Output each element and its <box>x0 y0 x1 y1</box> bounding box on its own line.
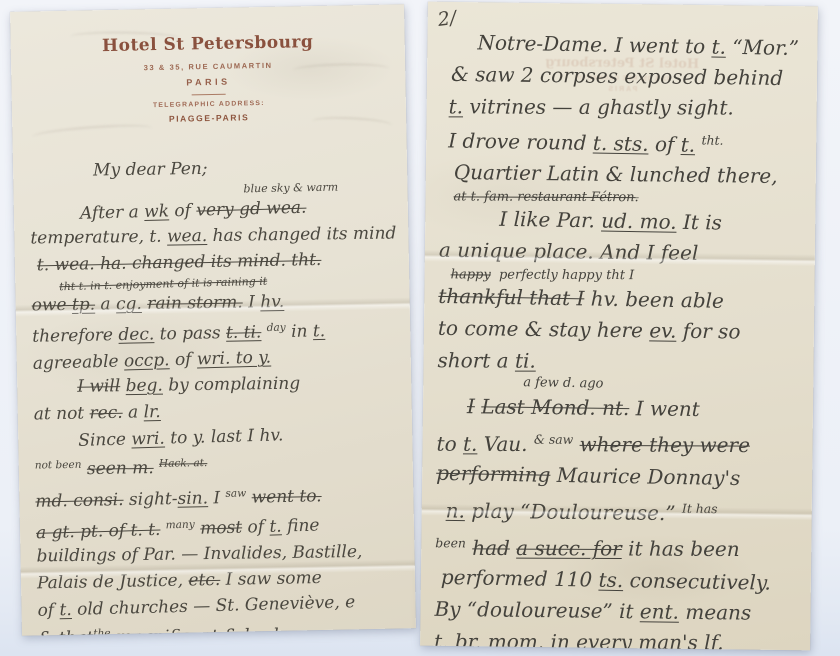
letter-page-1: Hotel St Petersbourg 33 & 35, RUE CAUMAR… <box>10 4 416 635</box>
handwriting-segment: been <box>435 536 466 551</box>
handwriting-segment: performing <box>436 461 551 487</box>
handwriting-segment: Quartier Latin & lunched there, <box>454 160 778 188</box>
handwriting-segment: therefore <box>32 325 119 347</box>
handwriting-line: By “douloureuse” it ent. means <box>434 594 806 630</box>
letterhead-divider <box>192 94 226 96</box>
handwriting-segment: a unique place. And I feel <box>439 238 699 265</box>
handwriting-segment: I will <box>77 376 120 397</box>
handwriting-line: I will beg. by complaining <box>77 370 403 401</box>
handwriting-segment: Notre-Dame. I went to <box>477 30 712 58</box>
handwriting-segment: t. <box>434 629 449 650</box>
handwriting-segment: the <box>93 628 110 636</box>
handwriting-segment: fine <box>281 515 319 536</box>
handwriting-segment: occp. <box>124 351 170 372</box>
handwriting-segment: ent. <box>640 599 679 623</box>
handwriting-segment: lf. <box>704 630 724 650</box>
handwriting-segment: ud. mo. <box>601 209 677 234</box>
handwriting-segment: hv. been able <box>584 287 724 313</box>
handwriting-segment: by complaining <box>163 374 301 396</box>
handwriting-segment: Last Mond. nt. <box>481 395 629 421</box>
handwriting-segment: It has <box>682 501 718 516</box>
handwriting-line: Notre-Dame. I went to t. “Mor.” <box>477 27 813 64</box>
handwriting-segment: t. <box>313 321 326 341</box>
handwriting-segment: many <box>166 519 195 532</box>
handwriting-segment: went to. <box>251 486 321 507</box>
handwriting-segment: agreeable <box>33 352 125 374</box>
handwriting-segment: Palais de Justice, <box>37 571 189 594</box>
handwriting-segment: saw <box>225 487 246 499</box>
letter-photo: Hotel St Petersbourg 33 & 35, RUE CAUMAR… <box>0 0 840 656</box>
handwriting-line: temperature, t. wea. has changed its min… <box>30 220 400 251</box>
handwriting-segment: tp. <box>72 295 95 315</box>
handwriting-line: t. br. mom. in every man's lf. <box>434 626 806 650</box>
handwriting-segment: of <box>37 601 59 622</box>
handwriting-segment: t. <box>269 516 282 536</box>
handwriting-segment: t. ti. <box>226 322 262 343</box>
handwriting-segment: & <box>38 629 59 636</box>
handwriting-line: I drove round t. sts. of t. tht. <box>448 120 813 163</box>
handwriting-page-1: My dear Pen;blue sky & warmAfter a wk of… <box>29 152 408 635</box>
handwriting-line: I Last Mond. nt. I went <box>467 392 809 427</box>
handwriting-segment: “Mor.” <box>726 35 799 60</box>
handwriting-segment: magnificent & barbarous <box>110 625 332 636</box>
handwriting-segment: for so <box>676 319 740 344</box>
handwriting-segment: rec. <box>89 403 123 424</box>
handwriting-segment: t. sts. <box>593 131 649 156</box>
handwriting-segment: temperature, t. <box>30 227 167 249</box>
handwriting-segment: a succ. for <box>516 536 622 560</box>
handwriting-segment: not been <box>35 459 82 472</box>
handwriting-segment: Since <box>78 430 132 451</box>
handwriting-line: owe tp. a cg. rain storm. I hv. <box>32 287 402 318</box>
handwriting-segment: t. <box>463 432 478 456</box>
handwriting-segment: buildings of Par. — Invalides, Bastille, <box>36 542 362 567</box>
handwriting-segment: n. <box>446 498 466 522</box>
handwriting-segment: wri. <box>131 429 165 450</box>
handwriting-segment: I like Par. <box>499 207 601 233</box>
handwriting-segment: wea. <box>167 226 207 247</box>
handwriting-line: a unique place. And I feel <box>439 235 811 271</box>
handwriting-segment: Vau. <box>477 432 534 456</box>
handwriting-segment: to <box>437 432 464 456</box>
letterhead-hotel-name: Hotel St Petersbourg <box>11 30 405 58</box>
handwriting-segment: in <box>286 321 314 342</box>
handwriting-segment: rain storm. <box>147 293 243 314</box>
handwriting-segment: day <box>267 322 286 334</box>
handwriting-segment: My dear Pen; <box>93 159 208 181</box>
handwriting-segment: it has been <box>622 537 740 562</box>
handwriting-segment: of <box>169 201 197 222</box>
letterhead-city: PARIS <box>11 73 405 91</box>
handwriting-segment: has changed its mind <box>207 223 396 246</box>
handwriting-segment: vitrines — a ghastly sight. <box>463 94 734 119</box>
handwriting-segment: beg. <box>126 376 164 397</box>
handwriting-segment: to pass <box>154 323 226 344</box>
handwriting-segment: & saw 2 corpses exposed behind <box>451 62 783 90</box>
handwriting-line: buildings of Par. — Invalides, Bastille, <box>36 539 406 570</box>
handwriting-segment: in every man's <box>544 629 704 650</box>
handwriting-segment: thankful that I <box>438 284 584 311</box>
handwriting-segment: Hack. at. <box>159 457 207 470</box>
handwriting-segment: of <box>169 350 197 371</box>
handwriting-segment: mom. <box>488 629 544 650</box>
handwriting-segment: Maurice Donnay's <box>550 463 740 490</box>
handwriting-segment: t. <box>681 132 696 156</box>
handwriting-line: short a ti. <box>437 346 809 379</box>
handwriting-segment: I drove round <box>448 128 593 155</box>
handwriting-segment: lr. <box>143 402 160 422</box>
handwriting-segment: had <box>472 536 510 560</box>
handwriting-segment: hv. <box>260 292 284 312</box>
handwriting-segment: ts. <box>598 567 623 591</box>
handwriting-segment: After a <box>80 202 145 224</box>
handwriting-segment: By “douloureuse” it <box>434 597 640 624</box>
handwriting-segment: ev. <box>649 319 676 343</box>
handwriting-segment: owe <box>32 295 73 316</box>
handwriting-segment: sight- <box>123 489 177 510</box>
handwriting-segment: that <box>58 628 93 635</box>
letterhead-address: 33 & 35, RUE CAUMARTIN <box>11 58 405 75</box>
handwriting-segment: where they were <box>580 433 750 458</box>
handwriting-segment: t. <box>711 34 726 58</box>
handwriting-segment: ti. <box>515 349 536 373</box>
handwriting-segment: cg. <box>116 294 142 314</box>
handwriting-segment: a few d. ago <box>523 376 603 392</box>
handwriting-segment: sin. <box>177 488 208 509</box>
handwriting-segment: seen m. <box>87 458 154 479</box>
handwriting-line: t. vitrines — a ghastly sight. <box>449 91 813 124</box>
handwriting-segment: I went <box>629 397 700 422</box>
handwriting-line: performed 110 ts. consecutively. <box>441 562 807 599</box>
handwriting-segment: br. <box>455 629 482 650</box>
handwriting-line: & saw 2 corpses exposed behind <box>451 59 813 94</box>
handwriting-segment: & saw <box>534 432 573 447</box>
handwriting-segment: performed 110 <box>441 565 599 592</box>
handwriting-segment: I <box>208 488 226 508</box>
handwriting-segment: a gt. pt. of t. t. <box>36 520 161 543</box>
handwriting-segment: tht. <box>701 132 723 147</box>
handwriting-line: n. play “Douloureuse.” It has <box>446 490 808 531</box>
handwriting-segment: I <box>243 292 261 312</box>
handwriting-segment: etc. <box>188 570 220 591</box>
handwriting-segment: of <box>242 517 270 538</box>
letterhead-telegraph-name: PIAGGE-PARIS <box>12 109 406 127</box>
handwriting-segment: old churches — St. Geneviève, e <box>71 593 355 621</box>
letterhead: Hotel St Petersbourg 33 & 35, RUE CAUMAR… <box>11 30 407 127</box>
handwriting-segment: consecutively. <box>623 568 771 595</box>
handwriting-segment: wk <box>144 201 169 222</box>
handwriting-page-2: Notre-Dame. I went to t. “Mor.”& saw 2 c… <box>434 28 814 651</box>
handwriting-segment: to come & stay here <box>438 316 650 343</box>
handwriting-segment: very gd wea. <box>196 198 307 221</box>
handwriting-segment: most <box>200 518 242 539</box>
handwriting-line: to t. Vau. & saw where they were <box>436 424 808 462</box>
handwriting-segment: a <box>95 294 116 314</box>
handwriting-segment: to y. last I hv. <box>165 426 284 449</box>
handwriting-segment: md. consi. <box>35 490 123 512</box>
handwriting-line: I like Par. ud. mo. It is <box>499 204 811 240</box>
handwriting-segment: wri. to y. <box>197 348 272 370</box>
handwriting-segment: dec. <box>118 324 154 345</box>
handwriting-segment: t. wea. ha. changed its mind. tht. <box>37 250 322 275</box>
handwriting-segment: t. <box>59 600 72 620</box>
handwriting-segment: It is <box>676 210 722 235</box>
handwriting-segment: of <box>648 132 681 157</box>
handwriting-line: performing Maurice Donnay's <box>436 458 808 495</box>
handwriting-line: My dear Pen; <box>93 153 399 183</box>
handwriting-segment: short a <box>438 349 516 373</box>
handwriting-segment: means <box>679 600 752 625</box>
handwriting-line: Quartier Latin & lunched there, <box>454 157 812 192</box>
handwriting-line: been had a succ. for it has been <box>435 528 807 566</box>
handwriting-segment: play “Douloureuse.” <box>465 498 682 525</box>
handwriting-line: to come & stay here ev. for so <box>438 313 810 349</box>
handwriting-line: not been seen m. Hack. at. <box>35 448 405 483</box>
handwriting-segment: at not <box>34 404 90 425</box>
handwriting-segment: t. <box>449 94 464 118</box>
handwriting-segment: a <box>122 403 143 423</box>
handwriting-segment: I saw some <box>220 568 322 590</box>
letter-page-2: 2/ Hotel St Petersbourg 33 & 35, RUE CAU… <box>420 2 818 651</box>
handwriting-segment: at t. fam. restaurant Fétron. <box>454 190 639 206</box>
